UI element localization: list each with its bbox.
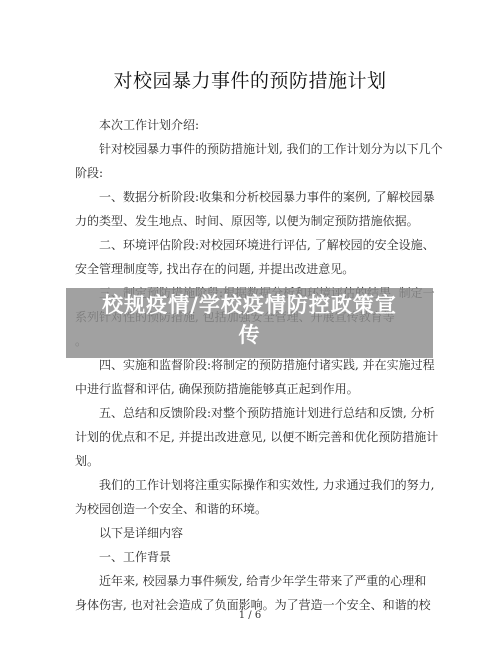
paragraph-line: 安全管理制度等, 找出存在的问题, 并提出改进意见。 <box>75 262 354 276</box>
paragraph-line: 中进行监督和评估, 确保预防措施能够真正起到作用。 <box>75 382 359 396</box>
paragraph-line: 我们的工作计划将注重实际操作和实效性, 力求通过我们的努力, <box>99 478 434 492</box>
paragraph-line: 近年来, 校园暴力事件频发, 给青少年学生带来了严重的心理和 <box>99 574 426 588</box>
paragraph-line: 一、数据分析阶段:收集和分析校园暴力事件的案例, 了解校园暴 <box>99 190 435 204</box>
paragraph-line: 针对校园暴力事件的预防措施计划, 我们的工作计划分为以下几个 <box>99 142 443 156</box>
paragraph-line: 划。 <box>75 454 99 468</box>
page-number: 1 / 6 <box>0 610 500 621</box>
overlay-title-line1: 校规疫情/学校疫情防控政策宣 <box>66 290 433 320</box>
paragraph-line: 为校园创造一个安全、和谐的环境。 <box>75 502 267 516</box>
document-title: 对校园暴力事件的预防措施计划 <box>0 66 500 93</box>
paragraph-line: 阶段: <box>75 166 103 180</box>
overlay-title: 校规疫情/学校疫情防控政策宣 传 <box>66 290 433 350</box>
paragraph-line: 以下是详细内容 <box>99 526 183 540</box>
paragraph-line: 一、工作背景 <box>99 550 171 564</box>
paragraph-line: 二、环境评估阶段:对校园环境进行评估, 了解校园的安全设施、 <box>99 238 435 252</box>
paragraph-line: 力的类型、发生地点、时间、原因等, 以便为制定预防措施依据。 <box>75 214 419 228</box>
paragraph-line: 本次工作计划介绍: <box>99 118 199 132</box>
paragraph-line: 计划的优点和不足, 并提出改进意见, 以便不断完善和优化预防措施计 <box>75 430 438 444</box>
overlay-title-line2: 传 <box>66 320 433 350</box>
paragraph-line: 四、实施和监督阶段:将制定的预防措施付诸实践, 并在实施过程 <box>99 358 435 372</box>
paragraph-line: 五、总结和反馈阶段:对整个预防措施计划进行总结和反馈, 分析 <box>99 406 435 420</box>
